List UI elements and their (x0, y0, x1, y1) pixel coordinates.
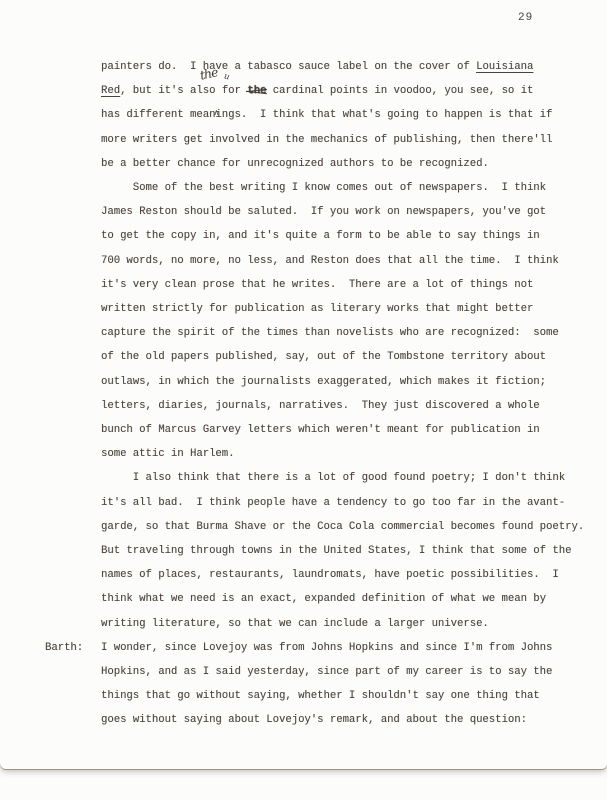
text-line: capture the spirit of the times than nov… (0, 321, 607, 345)
typed-text: , but it's also (120, 85, 215, 97)
text-line: But traveling through towns in the Unite… (0, 539, 607, 563)
text-line: be a better chance for unrecognized auth… (0, 152, 607, 176)
text-line: letters, diaries, journals, narratives. … (0, 394, 607, 418)
text-line: Hopkins, and as I said yesterday, since … (0, 660, 607, 684)
underlined-title: Louisiana (476, 61, 533, 73)
typed-text: Hopkins, and as I said yesterday, since … (101, 666, 552, 678)
text-line: to get the copy in, and it's quite a for… (0, 224, 607, 248)
typed-text: of the old papers published, say, out of… (101, 351, 546, 363)
text-line: things that go without saying, whether I… (0, 684, 607, 708)
text-line: Red, but it's also∧theufor the cardinal … (0, 79, 607, 103)
typed-text: written strictly for publication as lite… (101, 303, 533, 315)
text-line: outlaws, in which the journalists exagge… (0, 370, 607, 394)
text-line: has different meanings. I think that wha… (0, 103, 607, 127)
typed-text: garde, so that Burma Shave or the Coca C… (101, 521, 584, 533)
typed-text: Some of the best writing I know comes ou… (101, 182, 546, 194)
speaker-label: Barth: (45, 636, 83, 660)
text-line: bunch of Marcus Garvey letters which wer… (0, 418, 607, 442)
typed-text: think what we need is an exact, expanded… (101, 593, 546, 605)
text-line: some attic in Harlem. (0, 442, 607, 466)
text-line: goes without saying about Lovejoy's rema… (0, 708, 607, 732)
typed-text: bunch of Marcus Garvey letters which wer… (101, 424, 540, 436)
page-number: 29 (518, 12, 533, 24)
scanned-page: 29 painters do. I have a tabasco sauce l… (0, 0, 607, 769)
text-line: writing literature, so that we can inclu… (0, 612, 607, 636)
typed-text: letters, diaries, journals, narratives. … (101, 400, 540, 412)
scan-background: 29 painters do. I have a tabasco sauce l… (0, 0, 607, 800)
handwritten-insertion: ∧theu (215, 92, 221, 93)
text-line: names of places, restaurants, laundromat… (0, 563, 607, 587)
typed-text: writing literature, so that we can inclu… (101, 618, 489, 630)
text-line: Barth:I wonder, since Lovejoy was from J… (0, 636, 607, 660)
typed-text: capture the spirit of the times than nov… (101, 327, 559, 339)
typed-text: some attic in Harlem. (101, 448, 235, 460)
text-line: think what we need is an exact, expanded… (0, 587, 607, 611)
text-line: Some of the best writing I know comes ou… (0, 176, 607, 200)
typed-text: more writers get involved in the mechani… (101, 134, 552, 146)
typed-text: names of places, restaurants, laundromat… (101, 569, 559, 581)
text-line: painters do. I have a tabasco sauce labe… (0, 55, 607, 79)
text-line: of the old papers published, say, out of… (0, 345, 607, 369)
typed-text: cardinal points in voodoo, you see, so i… (266, 85, 533, 97)
typed-text: James Reston should be saluted. If you w… (101, 206, 546, 218)
text-line: James Reston should be saluted. If you w… (0, 200, 607, 224)
typed-text: to get the copy in, and it's quite a for… (101, 230, 540, 242)
text-line: 700 words, no more, no less, and Reston … (0, 249, 607, 273)
typed-text: things that go without saying, whether I… (101, 690, 540, 702)
typewritten-text: painters do. I have a tabasco sauce labe… (0, 55, 607, 733)
typed-text: I wonder, since Lovejoy was from Johns H… (101, 642, 552, 654)
underlined-title: Red (101, 85, 120, 97)
typed-text: goes without saying about Lovejoy's rema… (101, 714, 527, 726)
typed-text: outlaws, in which the journalists exagge… (101, 376, 546, 388)
text-line: more writers get involved in the mechani… (0, 128, 607, 152)
typed-text: be a better chance for unrecognized auth… (101, 158, 489, 170)
text-line: garde, so that Burma Shave or the Coca C… (0, 515, 607, 539)
text-line: it's all bad. I think people have a tend… (0, 491, 607, 515)
text-line: I also think that there is a lot of good… (0, 466, 607, 490)
typed-text: I also think that there is a lot of good… (101, 472, 565, 484)
typed-text: it's very clean prose that he writes. Th… (101, 279, 533, 291)
text-line: written strictly for publication as lite… (0, 297, 607, 321)
struck-word: the (247, 85, 266, 97)
typed-text: painters do. I have a tabasco sauce labe… (101, 61, 476, 73)
text-line: it's very clean prose that he writes. Th… (0, 273, 607, 297)
typed-text: 700 words, no more, no less, and Reston … (101, 255, 559, 267)
typed-text: has different meanings. I think that wha… (101, 109, 552, 121)
typed-text: it's all bad. I think people have a tend… (101, 497, 565, 509)
typed-text: But traveling through towns in the Unite… (101, 545, 571, 557)
